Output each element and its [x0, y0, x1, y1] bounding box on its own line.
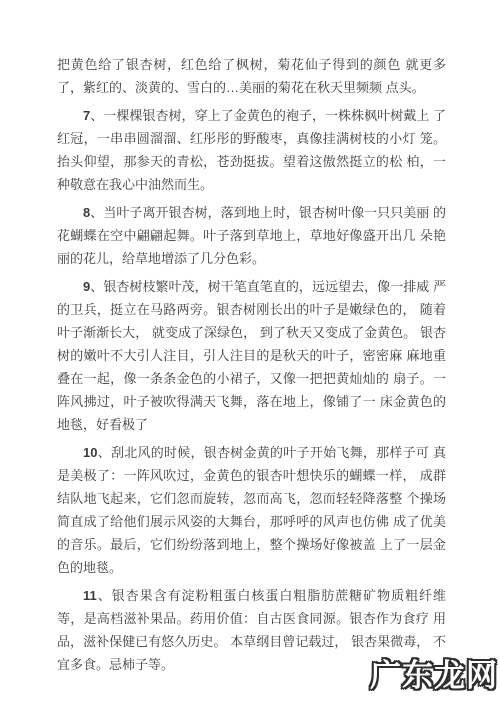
paragraph-number: 10 — [83, 445, 97, 460]
paragraph-text: 把黄色给了银杏树，红色给了枫树，菊花仙子得到的颜色 就更多了，紫红的、淡黄的、雪… — [57, 57, 446, 95]
paragraph-intro: 把黄色给了银杏树，红色给了枫树，菊花仙子得到的颜色 就更多了，紫红的、淡黄的、雪… — [57, 53, 446, 99]
paragraph-7: 7、一棵棵银杏树，穿上了金黄色的袍子，一株株枫叶树戴上 了红冠，一串串圆溜溜、红… — [57, 104, 446, 196]
site-watermark: 广东龙网 — [370, 650, 498, 695]
paragraph-8: 8、当叶子离开银杏树，落到地上时，银杏树叶像一只只美丽 的花蝴蝶在空中翩翩起舞。… — [57, 201, 446, 270]
document-page: 把黄色给了银杏树，红色给了枫树，菊花仙子得到的颜色 就更多了，紫红的、淡黄的、雪… — [0, 0, 500, 708]
paragraph-9: 9、银杏树枝繁叶茂，树干笔直笔直的，远远望去，像一排威 严的卫兵，挺立在马路两旁… — [57, 275, 446, 436]
paragraph-10: 10、刮北风的时候，银杏树金黄的叶子开始飞舞，那样子可 真是美极了：一阵风吹过，… — [57, 441, 446, 579]
paragraph-number: 11 — [83, 588, 97, 603]
text-block: 把黄色给了银杏树，红色给了枫树，菊花仙子得到的颜色 就更多了，紫红的、淡黄的、雪… — [57, 53, 446, 681]
paragraph-text: 、一棵棵银杏树，穿上了金黄色的袍子，一株株枫叶树戴上 了红冠，一串串圆溜溜、红彤… — [57, 108, 446, 192]
paragraph-text: 、刮北风的时候，银杏树金黄的叶子开始飞舞，那样子可 真是美极了：一阵风吹过，金黄… — [57, 445, 446, 575]
paragraph-text: 、当叶子离开银杏树，落到地上时，银杏树叶像一只只美丽 的花蝴蝶在空中翩翩起舞。叶… — [57, 205, 446, 266]
paragraph-text: 、银杏树枝繁叶茂，树干笔直笔直的，远远望去，像一排威 严的卫兵，挺立在马路两旁。… — [57, 279, 446, 432]
